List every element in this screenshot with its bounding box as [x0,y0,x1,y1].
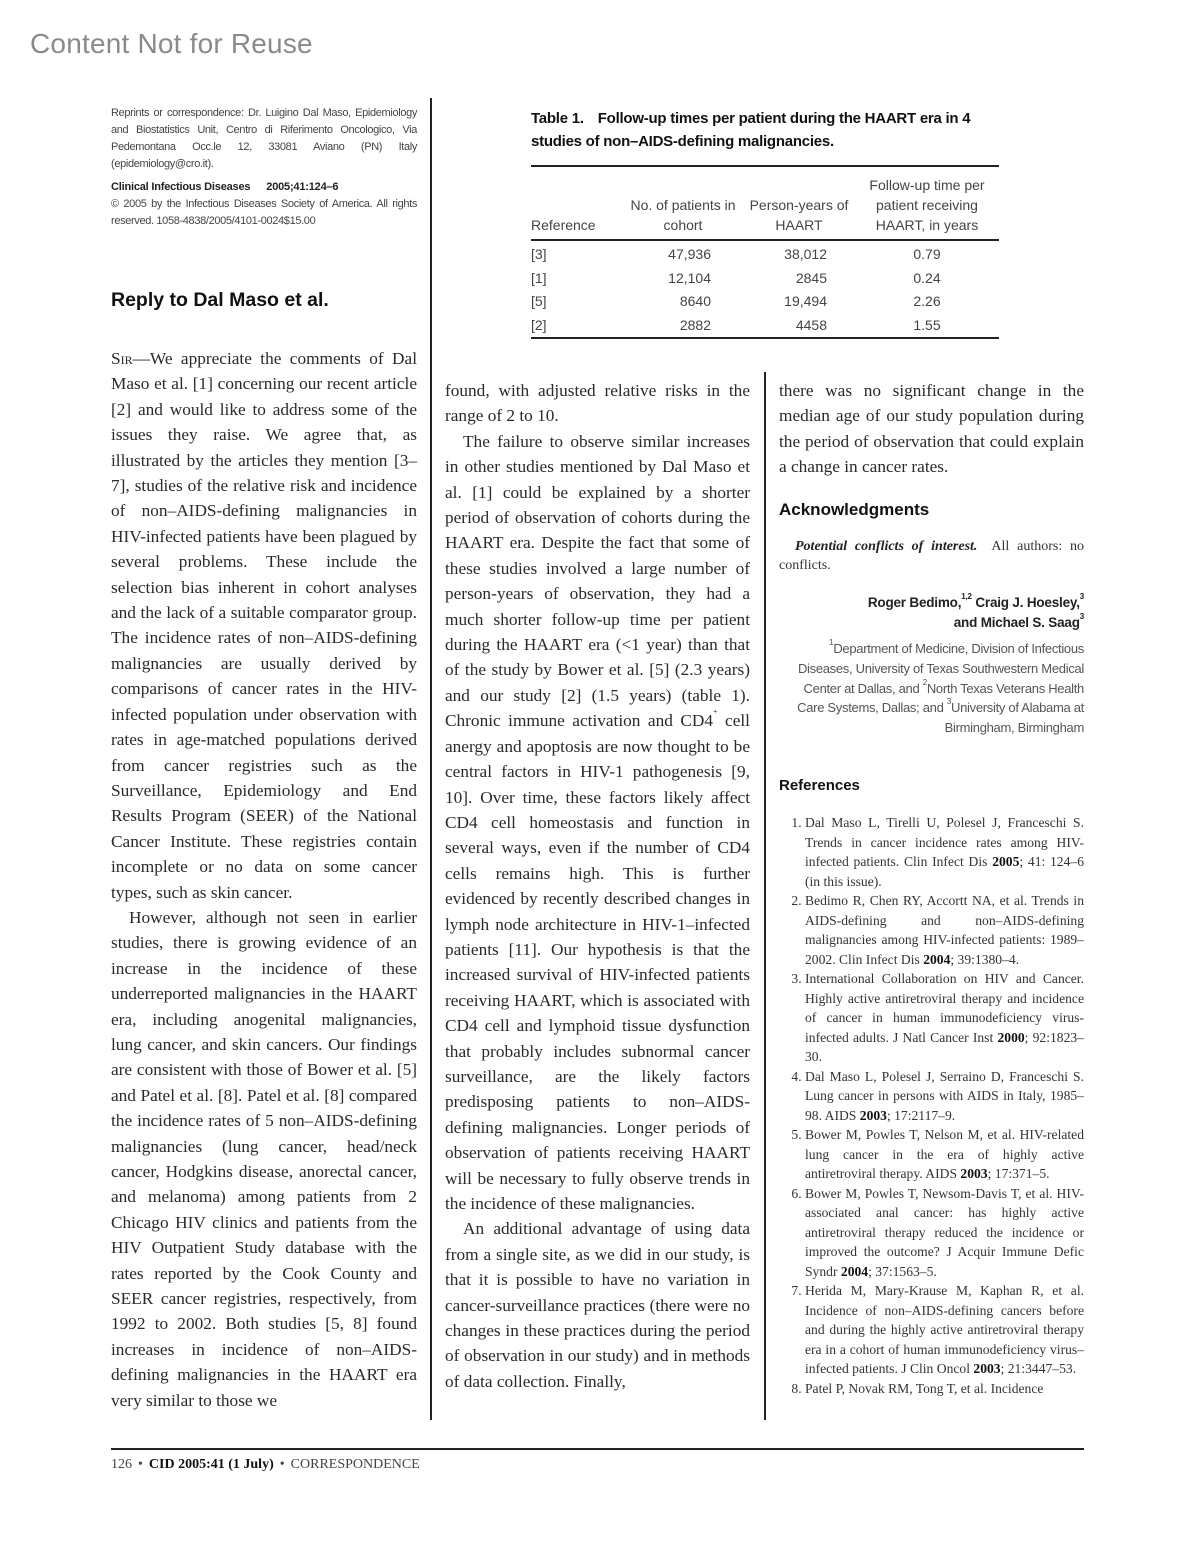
copyright: © 2005 by the Infectious Diseases Societ… [111,196,417,230]
table-row: [2] 2882 4458 1.55 [531,314,999,339]
author-affiliations: 1Department of Medicine, Division of Inf… [779,639,1084,738]
table-1: Reference No. of patients in cohort Pers… [531,165,999,339]
table-header-row: Reference No. of patients in cohort Pers… [531,166,999,240]
paragraph: However, although not seen in earlier st… [111,905,417,1413]
header-patients: No. of patients in cohort [623,166,743,240]
author-list: Roger Bedimo,1,2 Craig J. Hoesley,3 and … [779,593,1084,633]
journal-issue: CID 2005:41 (1 July) [149,1457,274,1472]
journal-cite: 2005;41:124–6 [266,181,338,193]
header-person-years: Person-years of HAART [743,166,855,240]
table-row: [1] 12,104 2845 0.24 [531,267,999,291]
paragraph: The failure to observe similar increases… [445,429,750,1217]
acknowledgments-text: Potential conflicts of interest.All auth… [779,537,1084,575]
article-title: Reply to Dal Maso et al. [111,289,329,312]
body-column-3: there was no significant change in the m… [779,378,1084,480]
paragraph: An additional advantage of using data fr… [445,1216,750,1394]
page-footer: 126•CID 2005:41 (1 July)•CORRESPONDENCE [111,1457,420,1473]
page-number: 126 [111,1457,132,1472]
reference-item: Bedimo R, Chen RY, Accortt NA, et al. Tr… [805,891,1084,969]
table-caption: Table 1.Follow-up times per patient duri… [531,108,1001,153]
reference-item: Patel P, Novak RM, Tong T, et al. Incide… [805,1379,1084,1399]
paragraph: Sir—We appreciate the comments of Dal Ma… [111,346,417,905]
reference-item: Bower M, Powles T, Nelson M, et al. HIV-… [805,1125,1084,1184]
correspondence-address: Reprints or correspondence: Dr. Luigino … [111,105,417,173]
column-divider-1 [430,98,432,1420]
reference-item: International Collaboration on HIV and C… [805,969,1084,1067]
journal-citation: Clinical Infectious Diseases2005;41:124–… [111,179,417,196]
body-column-2: found, with adjusted relative risks in t… [445,378,750,1394]
header-follow-up: Follow-up time per patient receiving HAA… [855,166,999,240]
reference-list: Dal Maso L, Tirelli U, Polesel J, France… [779,813,1084,1398]
salutation: Sir [111,349,133,368]
table-label: Table 1. [531,110,584,127]
paragraph: there was no significant change in the m… [779,378,1084,480]
reference-item: Dal Maso L, Tirelli U, Polesel J, France… [805,813,1084,891]
reference-item: Herida M, Mary-Krause M, Kaphan R, et al… [805,1281,1084,1379]
acknowledgments-heading: Acknowledgments [779,500,929,520]
journal-name: Clinical Infectious Diseases [111,181,250,193]
reference-item: Dal Maso L, Polesel J, Serraino D, Franc… [805,1067,1084,1126]
table-caption-text: Follow-up times per patient during the H… [531,110,970,150]
body-column-1: Sir—We appreciate the comments of Dal Ma… [111,346,417,1413]
header-reference: Reference [531,166,623,240]
references-heading: References [779,777,860,794]
reference-item: Bower M, Powles T, Newsom-Davis T, et al… [805,1184,1084,1282]
table-row: [3] 47,936 38,012 0.79 [531,240,999,267]
section-name: CORRESPONDENCE [291,1457,420,1472]
correspondence-block: Reprints or correspondence: Dr. Luigino … [111,105,417,230]
paragraph: found, with adjusted relative risks in t… [445,378,750,429]
table-row: [5] 8640 19,494 2.26 [531,290,999,314]
watermark: Content Not for Reuse [30,28,313,60]
footer-rule [111,1448,1084,1450]
column-divider-2 [764,372,766,1420]
